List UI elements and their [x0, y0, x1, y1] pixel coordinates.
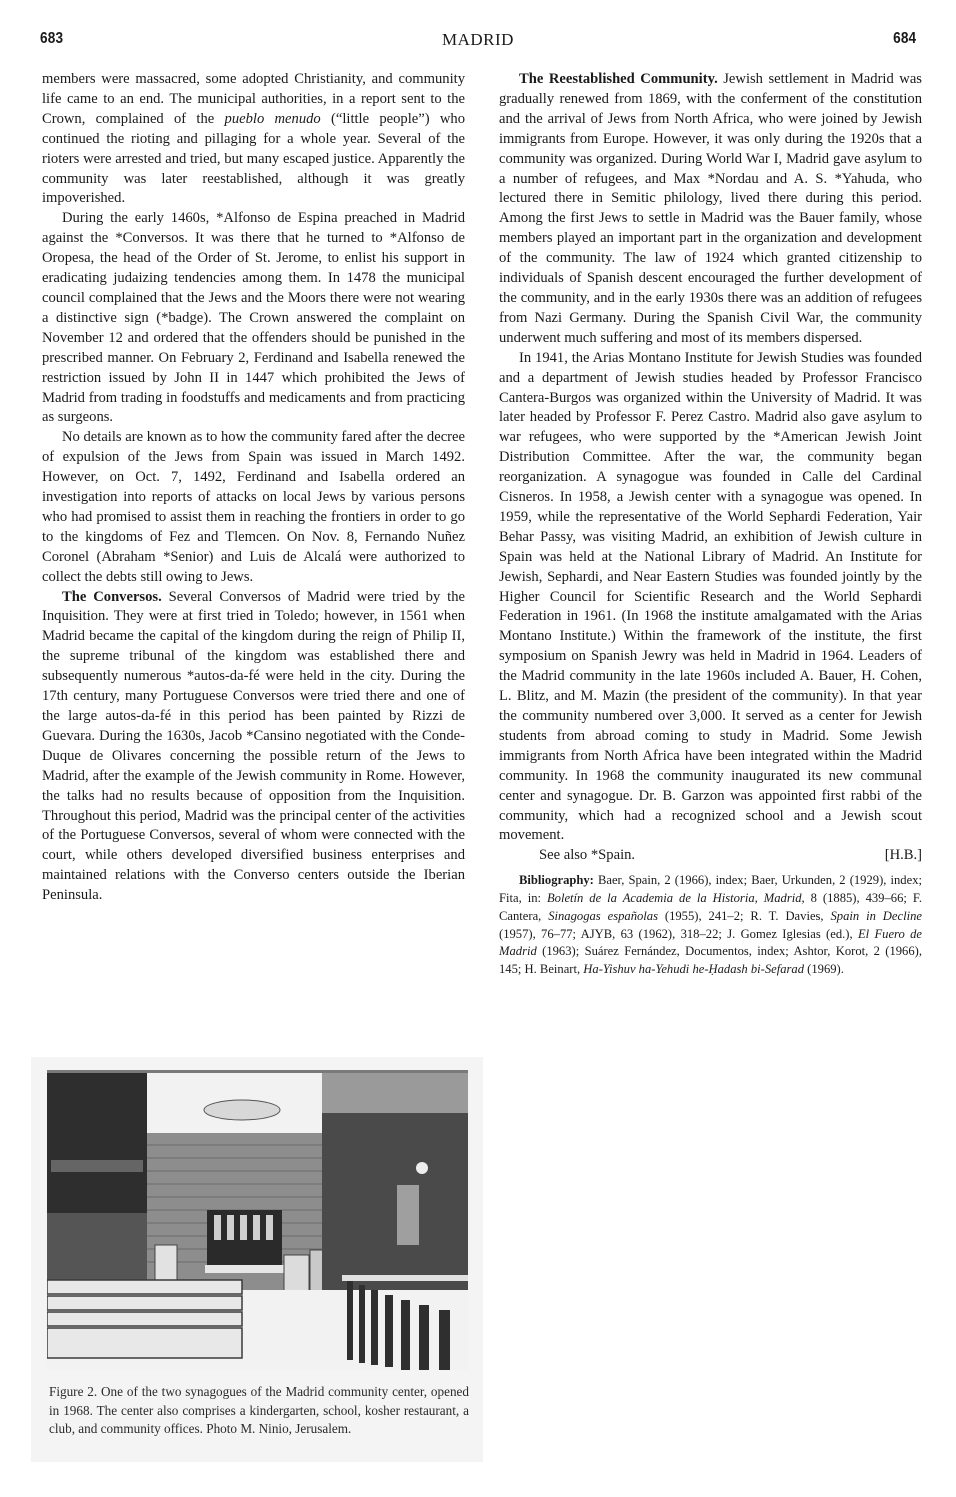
- running-header: 683 MADRID 684: [0, 30, 956, 54]
- bibliography: Bibliography: Baer, Spain, 2 (1966), ind…: [499, 872, 922, 979]
- paragraph: In 1941, the Arias Montano Institute for…: [499, 349, 922, 847]
- synagogue-photo: [47, 1070, 468, 1370]
- section-heading: The Conversos.: [62, 589, 162, 605]
- author-initials: [H.B.]: [865, 846, 922, 866]
- bibliography-heading: Bibliography:: [519, 873, 594, 887]
- italic-term: pueblo menudo: [225, 111, 321, 127]
- running-title: MADRID: [0, 30, 956, 50]
- paragraph: The Reestablished Community. Jewish sett…: [499, 70, 922, 349]
- photo-image-icon: [47, 1070, 468, 1370]
- figure: Figure 2. One of the two synagogues of t…: [31, 1057, 483, 1462]
- paragraph: members were massacred, some adopted Chr…: [42, 70, 465, 209]
- left-column: members were massacred, some adopted Chr…: [42, 70, 465, 906]
- right-column: The Reestablished Community. Jewish sett…: [499, 70, 922, 979]
- see-also-line: See also *Spain. [H.B.]: [499, 846, 922, 866]
- see-also-reference: See also *Spain.: [519, 846, 635, 866]
- paragraph: During the early 1460s, *Alfonso de Espi…: [42, 209, 465, 428]
- paragraph: No details are known as to how the commu…: [42, 428, 465, 587]
- paragraph: The Conversos. Several Conversos of Madr…: [42, 588, 465, 907]
- section-heading: The Reestablished Community.: [519, 71, 718, 87]
- figure-caption: Figure 2. One of the two synagogues of t…: [49, 1383, 469, 1439]
- page-number-right: 684: [893, 30, 916, 48]
